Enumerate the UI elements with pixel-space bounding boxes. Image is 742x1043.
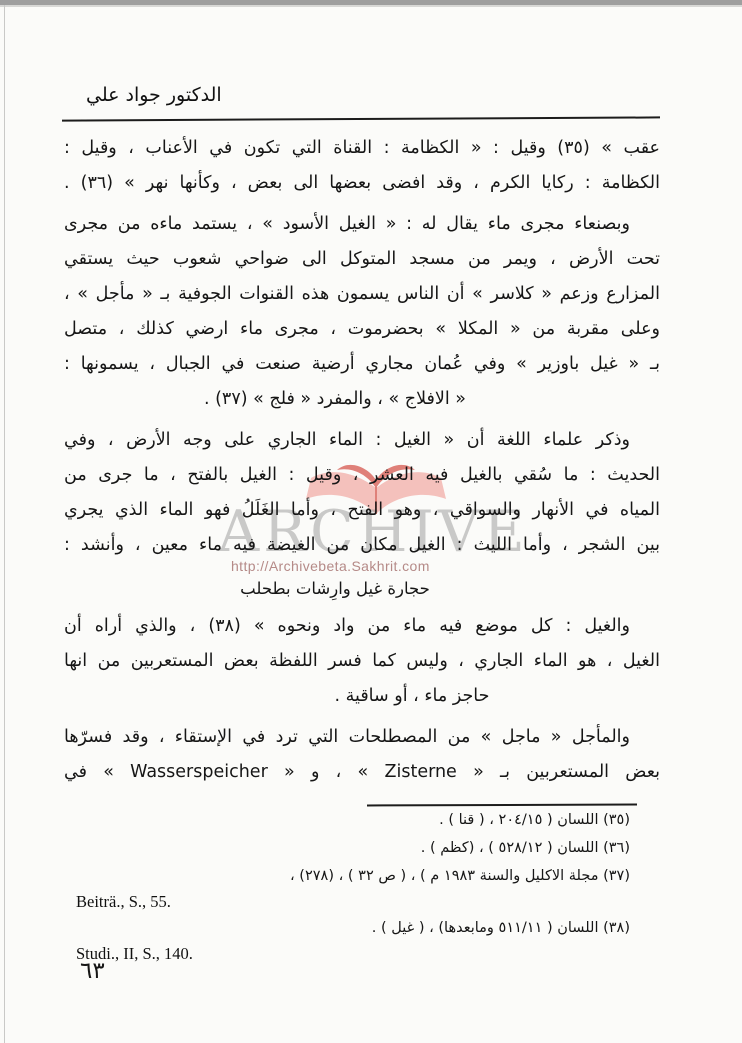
scanner-edge-left [4,5,5,1043]
footnote-ref-beitra: Beiträ., S., 55. [76,890,630,914]
body-line: حاجز ماء ، أو ساقية . [64,679,660,714]
body-line: بعض المستعربين بـ « Zisterne » ، و « Was… [64,755,660,790]
footnote-36: (٣٦) اللسان ( ٥٢٨/١٢ ) ، (كظم ) . [76,834,630,862]
verse-line: حجارة غيل وارِشات بطحلب [64,571,660,606]
footnote-37: (٣٧) مجلة الاكليل والسنة ١٩٨٣ م ) ، ( ص … [76,862,630,890]
page-number: ٦٣ [80,958,105,984]
body-line: « الافلاج » ، والمفرد « فلج » (٣٧) . [64,382,660,417]
body-line: الكظامة : ركايا الكرم ، وقد افضى بعضها ا… [64,166,660,201]
body-line: عقب » (٣٥) وقيل : « الكظامة : القناة الت… [64,131,660,166]
footnote-38: (٣٨) اللسان ( ٥١١/١١ ومابعدها) ، ( غيل )… [76,914,630,942]
body-line: المياه في الأنهار والسواقي ، وهو الفتح ،… [64,493,660,528]
body-line: الغيل ، هو الماء الجاري ، وليس كما فسر ا… [64,644,660,679]
scanner-edge-top-shade [0,5,742,7]
author-header: الدكتور جواد علي [86,84,286,106]
body-line: المزارع وزعم « كلاسر » أن الناس يسمون هذ… [64,277,660,312]
footnote-35: (٣٥) اللسان ( ٢٠٤/١٥ ، ( قنا ) . [76,806,630,834]
body-line: والمأجل « ماجل » من المصطلحات التي ترد ف… [64,720,660,755]
body-line: تحت الأرض ، ويمر من مسجد المتوكل الى ضوا… [64,242,660,277]
body-line: بـ « غيل باوزير » وفي عُمان مجاري أرضية … [64,347,660,382]
body-text-block: عقب » (٣٥) وقيل : « الكظامة : القناة الت… [64,131,660,790]
body-line: الحديث : ما سُقي بالغيل فيه العشر ، وقيل… [64,458,660,493]
body-line: وذكر علماء اللغة أن « الغيل : الماء الجا… [64,423,660,458]
body-line: والغيل : كل موضع فيه ماء من واد ونحوه » … [64,609,660,644]
body-line: وبصنعاء مجرى ماء يقال له : « الغيل الأسو… [64,207,660,242]
footnotes-block: (٣٥) اللسان ( ٢٠٤/١٥ ، ( قنا ) . (٣٦) ال… [76,806,630,966]
header-rule [62,116,660,121]
body-line: بين الشجر ، وأما الليث : الغيل مكان من ا… [64,528,660,563]
body-line: وعلى مقربة من « المكلا » بحضرموت ، مجرى … [64,312,660,347]
footnote-ref-studi: Studi., II, S., 140. [76,942,630,966]
